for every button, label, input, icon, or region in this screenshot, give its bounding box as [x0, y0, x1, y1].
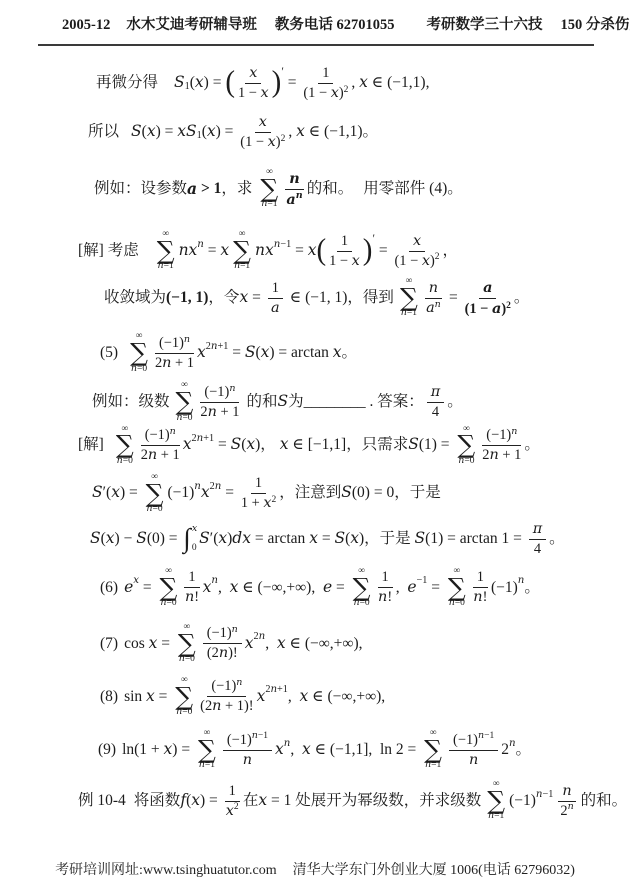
math-text: =: [139, 578, 156, 597]
sigma-glyph: ∑: [157, 240, 175, 261]
math-text: 2: [344, 85, 349, 95]
math-var: e: [323, 578, 332, 597]
math-text: 1 −: [238, 85, 261, 101]
math-var: n: [148, 447, 157, 463]
math-text: 2: [560, 803, 567, 819]
math-var: x: [230, 578, 239, 597]
sum-lower-limit: n=1: [199, 760, 215, 771]
math-text: !: [483, 589, 488, 605]
superscript: n−1: [252, 731, 268, 741]
math-var: n: [284, 738, 291, 749]
math-var: x: [350, 529, 359, 548]
math-text: =1: [407, 308, 417, 319]
sigma-glyph: ∑: [353, 577, 371, 598]
formula-line-2: 所以S(x) = xS1(x) = x(1 − x)2, x ∈ (−1,1)。: [88, 113, 630, 151]
math-text: (−1): [204, 384, 229, 400]
sigma-glyph: ∑: [487, 790, 505, 811]
formula-line-4: [解] 考虑∞∑n=1nxn = x∞∑n=1nxn−1 = x(11 − x)…: [78, 229, 630, 272]
math-text: =: [332, 578, 349, 597]
sum-lower-limit: n=1: [488, 811, 504, 822]
math-text: 2: [501, 740, 509, 759]
math-text-bold: (−1, 1): [166, 288, 208, 307]
summation-symbol: ∞∑n=0: [353, 566, 371, 609]
math-text: ′(: [210, 529, 219, 548]
header-brand: 水木艾迪考研辅导班: [126, 13, 257, 34]
math-var: n: [511, 426, 517, 437]
math-text: (8): [100, 687, 118, 706]
formula-line-12: (7)cos x = ∞∑n=0(−1)n(2n)!x2n, x ∈ (−∞,+…: [100, 622, 630, 665]
math-var: x: [195, 73, 204, 92]
math-var: x: [220, 241, 229, 260]
math-text: (1) = arctan 1 =: [425, 529, 526, 548]
math-text: 1 +: [241, 495, 264, 511]
math-text: =: [284, 73, 301, 92]
summation-symbol: ∞∑n=0: [178, 622, 196, 665]
math-var: x: [192, 524, 197, 535]
fraction: (−1)n−1n: [223, 731, 272, 769]
numerator: 1: [318, 64, 333, 84]
math-var: x: [352, 253, 360, 269]
numerator: π: [529, 520, 546, 540]
math-text: ∈ (−1,1),: [368, 73, 430, 92]
math-var: x: [309, 529, 318, 548]
formula-line-8: [解]∞∑n=0(−1)n2n + 1x2n+1 = S(x)，x ∈ [−1,…: [78, 424, 630, 467]
sigma-glyph: ∑: [400, 287, 418, 308]
math-text: ∈ (−∞,+∞),: [308, 687, 385, 706]
math-text: )!: [228, 645, 238, 661]
fraction: x1 − x: [238, 64, 269, 102]
math-var: n: [509, 738, 516, 749]
sum-lower-limit: n=0: [449, 598, 465, 609]
math-text: 2: [281, 134, 286, 144]
math-text: 再微分得: [96, 73, 158, 92]
denominator: n: [243, 751, 252, 769]
fraction: 1(1 − x)2: [303, 64, 348, 102]
denominator: a: [271, 299, 280, 317]
numerator: 1: [378, 568, 393, 588]
spacer: [481, 800, 483, 801]
math-text: + 1)!: [221, 698, 253, 714]
math-var: n: [536, 789, 543, 800]
math-text: =1: [205, 760, 215, 771]
math-text: (−1): [159, 335, 184, 351]
math-text: ,: [265, 634, 277, 653]
superscript: n: [511, 427, 517, 437]
denominator: x2: [226, 802, 239, 820]
superscript: n: [518, 575, 525, 588]
numerator: (−1)n: [203, 624, 242, 644]
math-text: ,: [288, 687, 300, 706]
superscript: n: [296, 191, 303, 201]
math-text: ,: [218, 578, 230, 597]
fraction: 1x2: [225, 782, 240, 820]
math-text: =0: [182, 707, 192, 718]
superscript: 2: [344, 85, 349, 95]
math-text: (2: [207, 645, 219, 661]
math-text: 2: [141, 447, 148, 463]
math-var: S: [415, 529, 426, 548]
math-text: =: [248, 288, 265, 307]
math-text: (−1): [509, 791, 536, 810]
sigma-glyph: ∑: [260, 178, 278, 199]
denominator: 2n + 1: [482, 446, 521, 464]
math-text: ) =: [204, 73, 226, 92]
math-var: S: [174, 73, 185, 92]
summation-symbol: ∞∑n=0: [160, 566, 178, 609]
superscript: 2: [506, 301, 511, 311]
formula-line-7: 例如：级数∞∑n=0(−1)n2n + 1的和S为________ . 答案：π…: [92, 380, 630, 423]
math-var: S: [231, 435, 242, 454]
superscript: n: [211, 575, 218, 588]
math-text: 2: [435, 252, 440, 262]
spacer: [170, 401, 172, 402]
math-text: (2: [200, 698, 212, 714]
math-text: ，求: [221, 179, 252, 198]
math-var: n: [243, 752, 252, 768]
fraction: (−1)n(2n)!: [203, 624, 242, 662]
math-text: =: [221, 483, 238, 502]
math-var: x: [191, 791, 200, 810]
numerator: n: [285, 169, 303, 190]
formula-line-10: S(x) − S(0) = ∫x0S′(x)dx = arctan x = S(…: [90, 520, 630, 558]
math-text: ∈ (−1,1], ln 2 =: [311, 740, 420, 759]
superscript: n: [194, 481, 201, 494]
math-var-bold: n: [289, 170, 299, 187]
math-text: ) =: [172, 740, 194, 759]
math-text: (1) =: [419, 435, 454, 454]
math-text: (−1): [207, 625, 232, 641]
math-text: (0) = 0，于是: [352, 483, 441, 502]
math-text: =: [157, 634, 174, 653]
math-text: 2: [482, 447, 489, 463]
superscript: 2n: [254, 631, 266, 644]
math-var: x: [106, 529, 115, 548]
fraction: π4: [529, 520, 546, 558]
math-text: )，于是: [359, 529, 415, 548]
math-text: +1: [203, 433, 214, 444]
math-text: =: [427, 578, 444, 597]
spacer: [252, 188, 256, 189]
numerator: x: [255, 113, 271, 133]
math-text: =: [375, 241, 392, 260]
math-text: −1: [280, 239, 291, 250]
math-var: x: [249, 65, 257, 81]
spacer: [553, 800, 555, 801]
math-text: 用零部件 (4)。: [363, 179, 462, 198]
math-text: 1: [229, 783, 236, 799]
sum-lower-limit: n=0: [176, 707, 192, 718]
math-text: 0: [192, 543, 197, 554]
big-paren: (: [225, 71, 235, 95]
math-var: n: [211, 575, 218, 586]
math-var: x: [207, 122, 216, 141]
superscript: n: [229, 384, 235, 394]
sum-lower-limit: n=1: [401, 308, 417, 319]
numerator: 1: [268, 279, 283, 299]
summation-symbol: ∞∑n=1: [260, 167, 278, 210]
fraction: x(1 − x)2: [240, 113, 285, 151]
math-text: = 1 处展开为幂级数，并求级数: [267, 791, 481, 810]
fraction: (−1)n2n + 1: [155, 334, 194, 372]
sigma-glyph: ∑: [176, 391, 194, 412]
math-text: ∈ (−∞,+∞),: [238, 578, 323, 597]
denominator: 2n + 1: [141, 446, 180, 464]
superscript: 2: [435, 252, 440, 262]
math-var: x: [226, 803, 234, 819]
math-text: (1 −: [303, 85, 330, 101]
math-text: 1: [382, 569, 389, 585]
math-var: x: [203, 578, 212, 597]
math-var: n: [232, 624, 238, 635]
math-text: 1: [272, 280, 279, 296]
math-text: 。: [524, 435, 540, 454]
numerator: (−1)n: [200, 383, 239, 403]
sigma-glyph: ∑: [457, 434, 475, 455]
math-text: ,: [351, 73, 359, 92]
math-text: 例 10-4: [78, 791, 126, 810]
math-text: 为________ . 答案：: [288, 392, 424, 411]
fraction: 1n!: [473, 568, 488, 606]
math-var: nx: [179, 241, 198, 260]
formula-line-13: (8)sin x = ∞∑n=0(−1)n(2n + 1)!x2n+1, x ∈…: [100, 675, 630, 718]
page-header: 2005-12 水木艾迪考研辅导班 教务电话 62701055 考研数学三十六技…: [0, 0, 630, 34]
integral-limits: x0: [192, 524, 197, 554]
math-text: (5): [100, 343, 118, 362]
math-var: S: [408, 435, 419, 454]
math-var: n: [518, 575, 525, 586]
denominator: n!: [185, 588, 199, 606]
summation-symbol: ∞∑n=0: [457, 424, 475, 467]
fraction: (−1)n−1n: [449, 731, 498, 769]
superscript: 2: [281, 134, 286, 144]
math-var: x: [218, 529, 227, 548]
math-var: x: [333, 343, 342, 362]
math-text: 收敛域为: [104, 288, 166, 307]
fraction: 1n!: [184, 568, 199, 606]
denominator: 1 − x: [329, 252, 360, 270]
math-text: 1: [322, 65, 329, 81]
numerator: n: [425, 279, 442, 299]
superscript: n: [236, 678, 242, 688]
math-text: (1 −: [395, 253, 422, 269]
math-var: x: [257, 687, 266, 706]
spacer: [119, 132, 131, 133]
big-paren: ): [363, 239, 373, 263]
math-var: n: [184, 334, 190, 345]
numerator: 1: [184, 568, 199, 588]
denominator: 4: [432, 403, 439, 421]
math-text: =1: [267, 199, 277, 210]
math-text: (−1): [491, 578, 518, 597]
math-text: ，: [443, 241, 459, 260]
math-text: ，令: [208, 288, 239, 307]
math-var: S: [90, 529, 101, 548]
math-text: =0: [123, 456, 133, 467]
math-text: 1: [341, 233, 348, 249]
math-var: n: [562, 783, 571, 799]
math-text: =: [204, 241, 221, 260]
fraction: (−1)n(2n + 1)!: [200, 677, 253, 715]
math-var: x: [201, 483, 210, 502]
math-var: dx: [232, 529, 251, 548]
denominator: (2n + 1)!: [200, 697, 253, 715]
math-var: n: [194, 481, 201, 492]
math-var: nx: [255, 241, 274, 260]
math-var: S: [199, 529, 210, 548]
sum-lower-limit: n=0: [160, 598, 176, 609]
math-text: ) =: [200, 791, 222, 810]
prime-mark: ′: [281, 65, 284, 80]
integral-glyph: ∫: [183, 525, 190, 552]
math-var: x: [261, 343, 270, 362]
math-var: n: [429, 280, 438, 296]
math-text: 1: [255, 475, 262, 491]
math-var: π: [533, 521, 542, 537]
math-text: (−1): [227, 732, 252, 748]
math-text: =1: [240, 261, 250, 272]
superscript: 2: [271, 495, 276, 505]
math-text: (7): [100, 634, 118, 653]
fraction: 11 + x2: [241, 474, 276, 512]
superscript: n−1: [536, 789, 553, 802]
math-var-bold: a: [483, 279, 492, 296]
summation-symbol: ∞∑n=1: [233, 229, 251, 272]
footer-address: 清华大学东门外创业大厦 1006(电话 62796032): [293, 859, 575, 879]
math-text-bold: (1 −: [465, 301, 492, 317]
math-var: n: [568, 801, 574, 812]
math-text: 4: [432, 404, 439, 420]
math-var: S: [92, 483, 103, 502]
denominator: (1 − x)2: [303, 84, 348, 102]
summation-symbol: ∞∑n=1: [400, 276, 418, 319]
fraction: (−1)n2n + 1: [482, 426, 521, 464]
math-text: !: [194, 589, 199, 605]
numerator: 1: [251, 474, 266, 494]
math-var: x: [246, 435, 255, 454]
math-text: =0: [185, 654, 195, 665]
numerator: (−1)n−1: [449, 731, 498, 751]
math-text: + 1: [217, 404, 240, 420]
math-var: x: [149, 634, 158, 653]
superscript: n: [568, 802, 574, 812]
math-var: x: [275, 740, 284, 759]
math-var: x: [413, 233, 421, 249]
math-text: ,: [290, 740, 302, 759]
math-var: x: [261, 85, 269, 101]
spacer: [104, 445, 112, 446]
math-text: ，注意到: [279, 483, 341, 502]
math-var: x: [300, 687, 309, 706]
math-text: ,: [396, 578, 408, 597]
math-text: 2: [271, 495, 276, 505]
denominator: 1 − x: [238, 84, 269, 102]
sum-lower-limit: n=1: [158, 261, 174, 272]
header-phone: 教务电话 62701055: [275, 13, 395, 34]
numerator: (−1)n: [207, 677, 246, 697]
math-text: 4: [534, 541, 541, 557]
sum-lower-limit: n=1: [234, 261, 250, 272]
fraction: 11 − x: [329, 232, 360, 270]
math-text: 2: [234, 802, 239, 812]
math-var: e: [407, 578, 416, 597]
math-var: x: [302, 740, 311, 759]
header-course: 考研数学三十六技: [426, 13, 542, 34]
math-text: (6): [100, 578, 118, 597]
math-text: (−1): [211, 678, 236, 694]
math-var: S: [334, 529, 345, 548]
math-var: n: [219, 645, 228, 661]
math-var: n: [208, 404, 217, 420]
math-text: [解]: [78, 435, 104, 454]
numerator: x: [409, 232, 425, 252]
sigma-glyph: ∑: [178, 633, 196, 654]
denominator: n: [469, 751, 478, 769]
math-text: 1 −: [329, 253, 352, 269]
sigma-glyph: ∑: [448, 577, 466, 598]
superscript: n−1: [478, 731, 494, 741]
math-var: x: [268, 134, 276, 150]
math-text: =: [155, 687, 172, 706]
math-var: n: [185, 589, 194, 605]
math-text: ) =: [120, 483, 142, 502]
math-var: S: [245, 343, 256, 362]
superscript: n: [184, 335, 190, 345]
math-text: (0) =: [147, 529, 182, 548]
fraction: 1a: [268, 279, 283, 317]
math-var: x: [133, 575, 139, 586]
math-text: =: [318, 529, 335, 548]
math-var-bold: n: [296, 190, 303, 201]
math-var: S: [277, 392, 288, 411]
math-text: =1: [494, 811, 504, 822]
sum-lower-limit: n=0: [146, 504, 162, 515]
math-text: +1: [277, 684, 288, 695]
math-content: 再微分得S1(x) = (x1 − x)′ = 1(1 − x)2, x ∈ (…: [0, 64, 630, 822]
numerator: x: [245, 64, 261, 84]
math-text: −1: [543, 789, 554, 800]
math-var: x: [183, 435, 192, 454]
math-text: )，: [255, 435, 276, 454]
numerator: (−1)n: [155, 334, 194, 354]
denominator: an: [426, 299, 441, 317]
math-text: ) −: [115, 529, 137, 548]
math-text: ′(: [103, 483, 112, 502]
superscript: −1: [417, 575, 428, 588]
math-text: 。: [447, 392, 463, 411]
sum-lower-limit: n=0: [179, 654, 195, 665]
math-text: =: [214, 435, 231, 454]
formula-line-9: S′(x) = ∞∑n=0(−1)nx2n = 11 + x2，注意到S(0) …: [92, 472, 630, 515]
math-text: !: [387, 589, 392, 605]
sigma-glyph: ∑: [146, 483, 164, 504]
fraction: (−1)n2n + 1: [141, 426, 180, 464]
superscript: 2n+1: [206, 341, 229, 354]
superscript: x: [133, 575, 139, 588]
big-paren: (: [316, 239, 326, 263]
fraction: nan: [425, 279, 442, 317]
math-var: x: [259, 114, 267, 130]
denominator: 2n: [560, 802, 573, 820]
sum-lower-limit: n=0: [176, 413, 192, 424]
math-text: + 1: [171, 355, 194, 371]
math-text: =0: [360, 598, 370, 609]
superscript: 2: [234, 802, 239, 812]
header-tagline: 150 分杀伤力: [560, 13, 630, 34]
summation-symbol: ∞∑n=0: [175, 675, 193, 718]
math-var: S: [341, 483, 352, 502]
math-var: n: [215, 481, 222, 492]
superscript: 2n: [210, 481, 222, 494]
